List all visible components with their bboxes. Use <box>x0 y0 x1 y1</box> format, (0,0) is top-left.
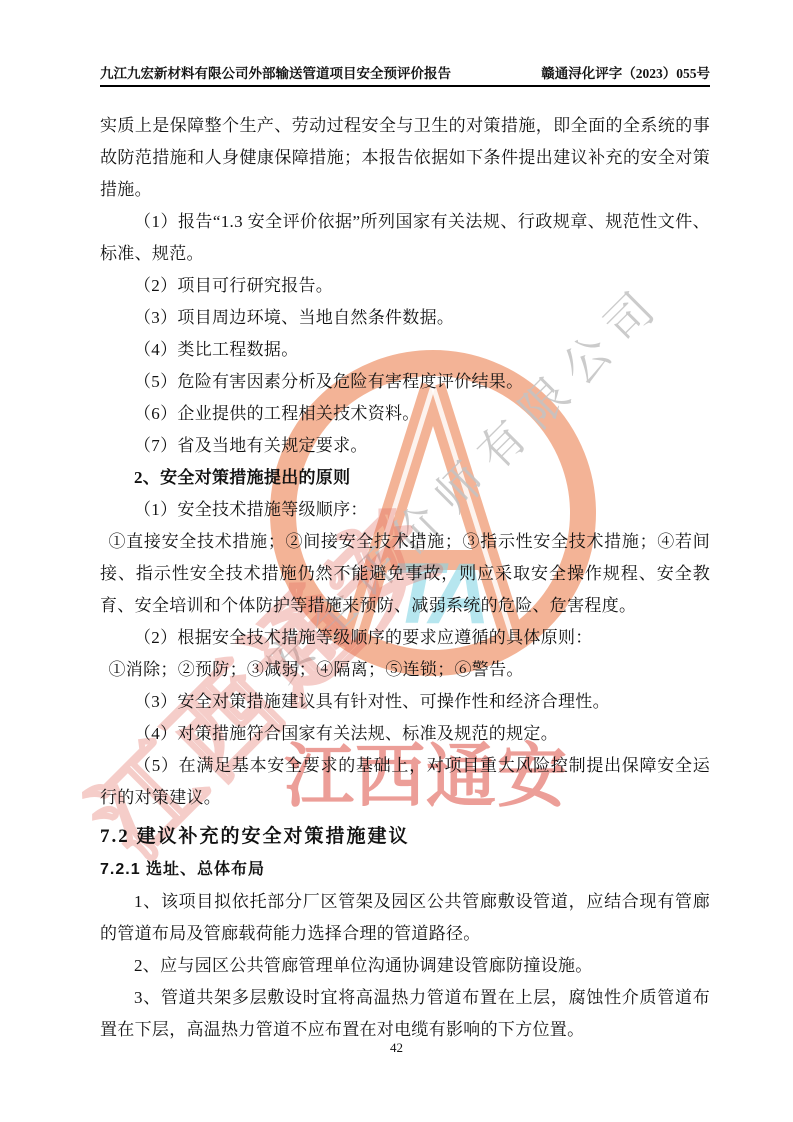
document-page: TA 安全评价师有限公司 江西通安 江西通安 九江九宏新材料有限公司外部输送管道… <box>0 0 793 1122</box>
paragraph: （5）危险有害因素分析及危险有害程度评价结果。 <box>100 366 710 398</box>
heading: 7.2.1 选址、总体布局 <box>100 854 710 886</box>
header-document-number: 赣通浔化评字（2023）055号 <box>541 62 710 82</box>
paragraph: 1、该项目拟依托部分厂区管架及园区公共管廊敷设管道，应结合现有管廊的管道布局及管… <box>100 886 710 950</box>
paragraph: 3、管道共架多层敷设时宜将高温热力管道布置在上层，腐蚀性介质管道布置在下层，高温… <box>100 982 710 1046</box>
paragraph: （5）在满足基本安全要求的基础上，对项目重大风险控制提出保障安全运行的对策建议。 <box>100 750 710 814</box>
paragraph: （1）报告“1.3 安全评价依据”所列国家有关法规、行政规章、规范性文件、标准、… <box>100 206 710 270</box>
paragraph: ①消除；②预防；③减弱；④隔离；⑤连锁；⑥警告。 <box>100 654 710 686</box>
page-number: 42 <box>390 1040 403 1055</box>
document-body: 实质上是保障整个生产、劳动过程安全与卫生的对策措施，即全面的全系统的事故防范措施… <box>100 110 710 1046</box>
page-footer: 42 <box>0 1040 793 1056</box>
paragraph: （4）对策措施符合国家有关法规、标准及规范的规定。 <box>100 718 710 750</box>
paragraph: （6）企业提供的工程相关技术资料。 <box>100 398 710 430</box>
heading: 2、安全对策措施提出的原则 <box>100 462 710 494</box>
paragraph: 实质上是保障整个生产、劳动过程安全与卫生的对策措施，即全面的全系统的事故防范措施… <box>100 110 710 206</box>
paragraph: （3）安全对策措施建议具有针对性、可操作性和经济合理性。 <box>100 686 710 718</box>
paragraph: （4）类比工程数据。 <box>100 334 710 366</box>
paragraph: ①直接安全技术措施；②间接安全技术措施；③指示性安全技术措施；④若间接、指示性安… <box>100 526 710 622</box>
paragraph: （7）省及当地有关规定要求。 <box>100 430 710 462</box>
paragraph: （3）项目周边环境、当地自然条件数据。 <box>100 302 710 334</box>
paragraph: （2）根据安全技术措施等级顺序的要求应遵循的具体原则： <box>100 622 710 654</box>
paragraph: （1）安全技术措施等级顺序： <box>100 494 710 526</box>
page-header: 九江九宏新材料有限公司外部输送管道项目安全预评价报告 赣通浔化评字（2023）0… <box>100 62 710 87</box>
paragraph: 2、应与园区公共管廊管理单位沟通协调建设管廊防撞设施。 <box>100 950 710 982</box>
header-report-title: 九江九宏新材料有限公司外部输送管道项目安全预评价报告 <box>100 62 451 82</box>
paragraph: （2）项目可行研究报告。 <box>100 270 710 302</box>
heading: 7.2 建议补充的安全对策措施建议 <box>100 820 710 854</box>
